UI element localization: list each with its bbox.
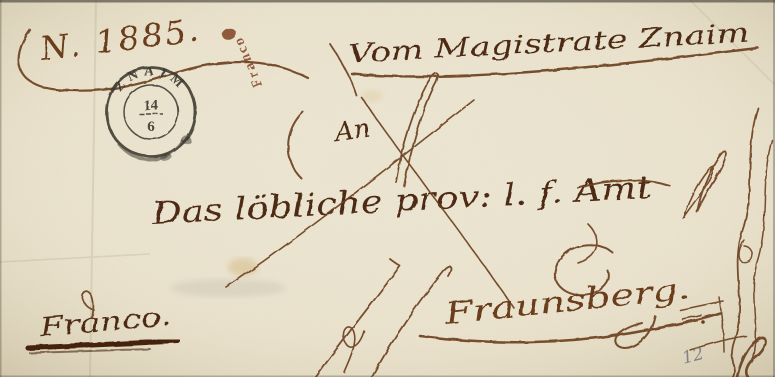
letter-scan: N. 1885. Vom Magistrate Znaim An Das löb… [0, 0, 775, 377]
pencil-smudge [170, 279, 286, 297]
salutation-handwriting: An [331, 114, 372, 149]
paper-stain [228, 258, 258, 276]
postmark-date-day: 14 [144, 98, 160, 114]
postmark-date-month: 6 [147, 119, 155, 135]
edge-shadow [0, 0, 775, 3]
postmark-ornament-blob [181, 136, 191, 144]
tally-dot [701, 320, 705, 324]
edge-shadow [0, 0, 2, 377]
